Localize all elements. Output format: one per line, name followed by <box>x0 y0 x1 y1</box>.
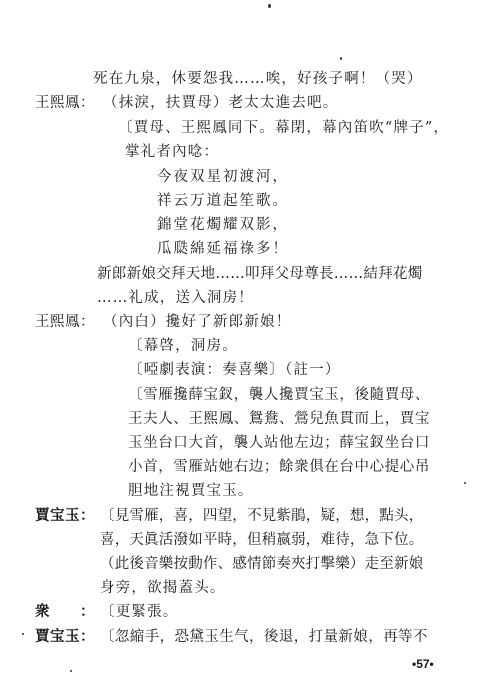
stage-direction: 〔雪雁攙薛宝釵，襲人攙賈宝玉，後隨賈母、 <box>128 386 430 404</box>
dialogue-line: ……礼成，送入洞房！ <box>97 289 254 307</box>
stage-direction: 小首，雪雁站她右边；餘衆俱在台中心提心吊 <box>128 458 430 476</box>
stage-direction: 胆地注視賈宝玉。 <box>128 482 254 500</box>
speaker-label: 衆 ： <box>35 603 95 621</box>
scan-speck <box>464 482 466 484</box>
speaker-label: 賈宝玉： <box>35 507 95 525</box>
scan-speck <box>22 633 24 635</box>
stage-direction: 〔見雪雁，喜，四望，不見紫鵑，疑，想，點头， <box>100 507 423 525</box>
speaker-label: 王熙鳳： <box>35 313 95 331</box>
dialogue-line: 新郎新娘交拜天地……叩拜父母尊長……結拜花燭 <box>97 265 423 283</box>
speaker-label: 王熙鳳： <box>35 94 95 112</box>
stage-direction: 玉坐台口大首，襲人站他左边；薛宝釵坐台口 <box>128 434 430 452</box>
poem-line: 祥云万道起笙歌。 <box>157 192 289 210</box>
stage-direction: 〔賈母、王熙鳳同下。幕閉，幕內笛吹“牌子”， <box>118 119 449 137</box>
dialogue-line: （抹淚，扶賈母）老太太進去吧。 <box>103 94 339 112</box>
page-number: •57• <box>412 657 434 671</box>
stage-direction: 身旁，欲揭蓋头。 <box>100 579 226 597</box>
stage-direction: 王夫人、王熙鳳、鴛鴦、鶯兒魚貫而上，賈宝 <box>128 410 430 428</box>
scan-speck <box>70 670 72 672</box>
dialogue-line: （內白）攙好了新郎新娘！ <box>103 313 291 331</box>
stage-direction: 〔啞劇表演：奏喜樂〕（註一） <box>128 361 341 379</box>
scan-speck <box>268 4 271 8</box>
stage-direction: 〔忽縮手，恐黛玉生气，後退，打量新娘，再等不 <box>100 628 428 646</box>
dialogue-line: 死在九泉，休要怨我……唉，好孩子啊！（哭） <box>93 70 423 88</box>
poem-line: 錦堂花燭耀双影， <box>157 216 289 234</box>
stage-direction: 〔更緊張。 <box>100 603 179 621</box>
poem-line: 瓜瓞綿延福祿多！ <box>157 240 289 258</box>
poem-line: 今夜双星初渡河， <box>157 168 289 186</box>
scan-speck <box>340 57 342 60</box>
speaker-label: 賈宝玉： <box>35 628 95 646</box>
stage-direction: 喜，天眞活潑如平時，但稍嬴弱，难待，急下位。 <box>100 531 423 549</box>
stage-direction: 〔幕啓，洞房。 <box>128 337 238 355</box>
stage-direction: （此後音樂按動作、感情節奏夾打擊樂）走至新娘 <box>100 555 423 573</box>
stage-direction: 掌礼者內唸： <box>125 143 219 161</box>
